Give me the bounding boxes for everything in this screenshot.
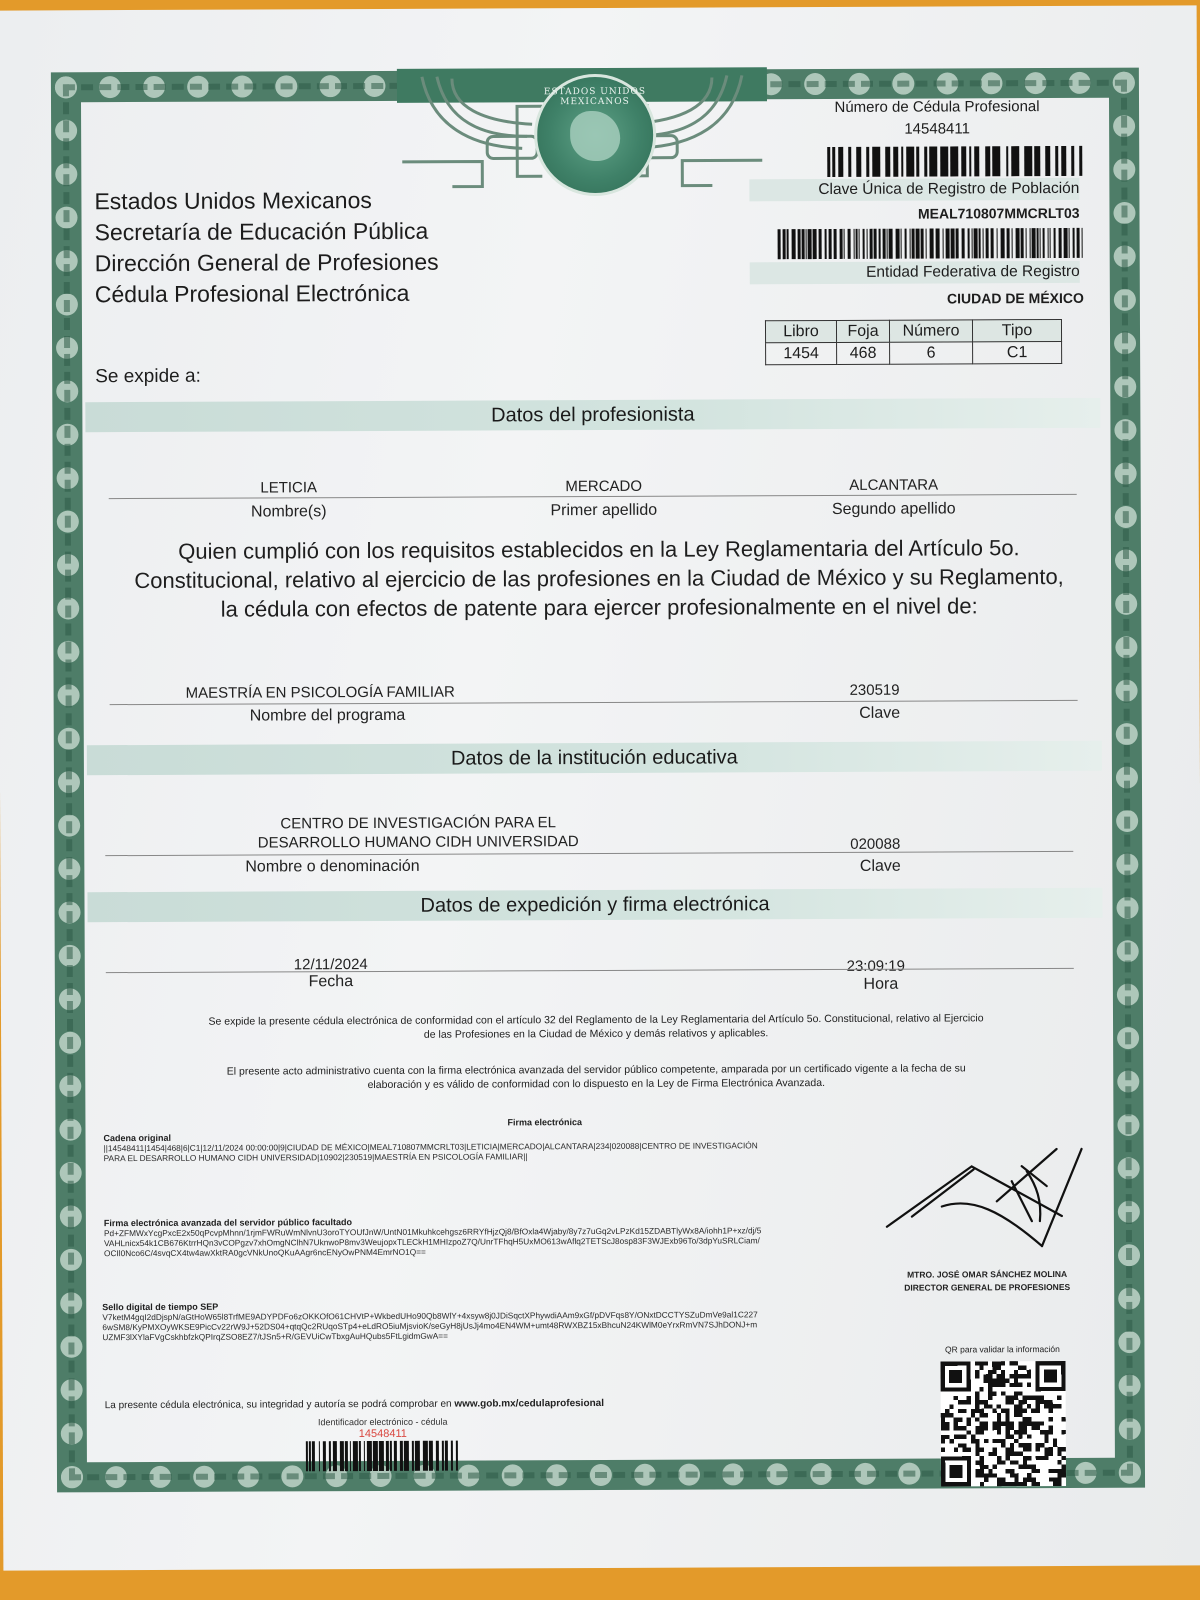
verify-link[interactable]: www.gob.mx/cedulaprofesional xyxy=(454,1398,604,1410)
section-institution-title: Datos de la institución educativa xyxy=(87,741,1102,775)
program-name: MAESTRÍA EN PSICOLOGÍA FAMILIAR xyxy=(186,684,455,702)
emblem-text: ESTADOS UNIDOS MEXICANOS xyxy=(537,87,653,108)
issued-to-label: Se expide a: xyxy=(95,366,201,388)
last-name-2-label: Segundo apellido xyxy=(789,500,999,519)
legal-paragraph-1: Se expide la presente cédula electrónica… xyxy=(91,1011,1101,1043)
header-secretariat: Secretaría de Educación Pública xyxy=(95,216,439,249)
statement: Quien cumplió con los requisitos estable… xyxy=(59,533,1139,625)
first-name-label: Nombre(s) xyxy=(199,503,379,522)
header-directorate: Dirección General de Profesiones xyxy=(95,247,439,280)
header-country: Estados Unidos Mexicanos xyxy=(94,185,438,218)
handwritten-signature-icon xyxy=(882,1141,1093,1262)
institution-name-line-1: CENTRO DE INVESTIGACIÓN PARA EL xyxy=(238,814,598,833)
legal-paragraph-2: El presente acto administrativo cuenta c… xyxy=(91,1061,1101,1093)
section-institution: Datos de la institución educativa xyxy=(87,741,1102,775)
issuer-header: Estados Unidos Mexicanos Secretaría de E… xyxy=(94,185,438,310)
program-code-label: Clave xyxy=(830,705,930,723)
electronic-id-label: Identificador electrónico - cédula xyxy=(263,1416,503,1427)
firma-avanzada-block: Firma electrónica avanzada del servidor … xyxy=(104,1215,884,1258)
official-name: MTRO. JOSÉ OMAR SÁNCHEZ MOLINA xyxy=(872,1268,1102,1282)
statement-line-1: Quien cumplió con los requisitos estable… xyxy=(59,533,1139,567)
qr-label: QR para validar la información xyxy=(917,1344,1087,1355)
signatory: MTRO. JOSÉ OMAR SÁNCHEZ MOLINA DIRECTOR … xyxy=(872,1268,1102,1295)
institution-code-label: Clave xyxy=(830,858,930,876)
th-foja: Foja xyxy=(836,320,889,342)
cadena-original-block: Cadena original ||14548411|1454|468|6|C1… xyxy=(104,1130,904,1163)
first-name: LETICIA xyxy=(199,479,379,497)
sello-block: Sello digital de tiempo SEP V7ketM4gqI2d… xyxy=(102,1299,892,1342)
curp-value: MEAL710807MMCRLT03 xyxy=(749,205,1079,222)
institution-name-label: Nombre o denominación xyxy=(245,858,419,877)
statement-line-2: Constitucional, relativo al ejercicio de… xyxy=(59,562,1139,596)
national-emblem-icon: ESTADOS UNIDOS MEXICANOS xyxy=(534,74,657,197)
firma-electronica-title: Firma electrónica xyxy=(507,1117,582,1127)
program-name-label: Nombre del programa xyxy=(250,707,406,726)
cedula-number: 14548411 xyxy=(807,120,1067,138)
institution-code: 020088 xyxy=(820,836,930,853)
section-issuance: Datos de expedición y firma electrónica xyxy=(87,888,1102,922)
section-professional: Datos del profesionista xyxy=(85,398,1100,432)
issue-date-label: Fecha xyxy=(271,973,391,992)
official-title: DIRECTOR GENERAL DE PROFESIONES xyxy=(872,1281,1102,1295)
th-numero: Número xyxy=(889,320,972,342)
verify-text: La presente cédula electrónica, su integ… xyxy=(105,1398,604,1411)
section-issuance-title: Datos de expedición y firma electrónica xyxy=(87,888,1102,922)
th-libro: Libro xyxy=(765,320,836,342)
verify-sentence: La presente cédula electrónica, su integ… xyxy=(105,1399,455,1412)
entity-value: CIUDAD DE MÉXICO xyxy=(750,290,1084,307)
electronic-id-barcode xyxy=(306,1441,461,1472)
issue-time-label: Hora xyxy=(831,976,931,994)
entity-label: Entidad Federativa de Registro xyxy=(750,263,1080,282)
electronic-id-number: 14548411 xyxy=(263,1427,503,1440)
td-foja: 468 xyxy=(837,342,890,364)
statement-line-3: la cédula con efectos de patente para ej… xyxy=(59,591,1139,625)
eagle-icon xyxy=(570,111,620,161)
curp-label: Clave Única de Registro de Población xyxy=(749,180,1079,199)
cedula-barcode xyxy=(827,146,1087,177)
issue-time: 23:09:19 xyxy=(821,958,931,975)
curp-barcode xyxy=(778,228,1086,259)
section-professional-title: Datos del profesionista xyxy=(85,398,1100,432)
cedula-number-label: Número de Cédula Profesional xyxy=(807,98,1067,116)
td-libro: 1454 xyxy=(766,342,837,364)
qr-code-icon[interactable] xyxy=(941,1361,1067,1487)
cedula-document: ESTADOS UNIDOS MEXICANOS Estados Unidos … xyxy=(0,5,1200,1570)
registry-table: Libro Foja Número Tipo 1454 468 6 C1 xyxy=(765,319,1062,365)
td-numero: 6 xyxy=(890,342,973,364)
last-name-2: ALCANTARA xyxy=(789,476,999,494)
td-tipo: C1 xyxy=(973,341,1062,363)
program-code: 230519 xyxy=(820,682,930,699)
th-tipo: Tipo xyxy=(972,319,1061,341)
institution-name-line-2: DESARROLLO HUMANO CIDH UNIVERSIDAD xyxy=(238,833,598,852)
header-doc-type: Cédula Profesional Electrónica xyxy=(95,278,439,311)
last-name-1: MERCADO xyxy=(499,478,709,496)
last-name-1-label: Primer apellido xyxy=(499,502,709,521)
